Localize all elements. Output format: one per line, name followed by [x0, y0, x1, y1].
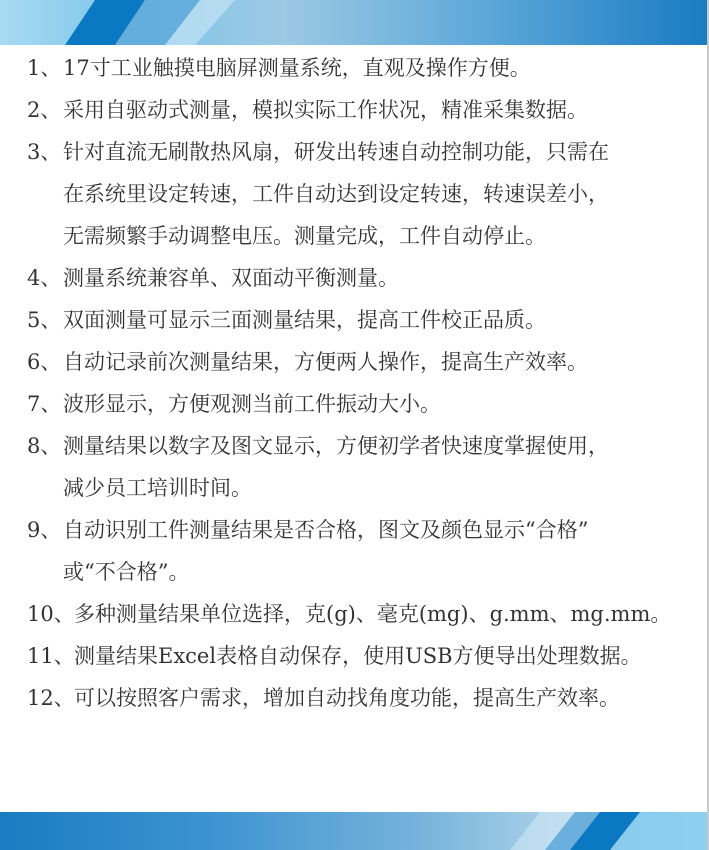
item-text: 双面测量可显示三面测量结果，提高工件校正品质。: [63, 299, 546, 341]
feature-item: 11、 测量结果Excel表格自动保存，使用USB方便导出处理数据。: [0, 635, 700, 677]
item-text: 测量结果Excel表格自动保存，使用USB方便导出处理数据。: [74, 635, 642, 677]
item-text: 波形显示，方便观测当前工件振动大小。: [63, 383, 441, 425]
item-text: 减少员工培训时间。: [63, 467, 252, 509]
item-text: 测量结果以数字及图文显示，方便初学者快速度掌握使用，: [63, 425, 609, 467]
item-text: 采用自驱动式测量，模拟实际工作状况，精准采集数据。: [63, 89, 588, 131]
feature-list: 1、 17寸工业触摸电脑屏测量系统，直观及操作方便。 2、 采用自驱动式测量，模…: [0, 47, 700, 719]
item-number: 6、: [27, 341, 61, 383]
item-text: 测量系统兼容单、双面动平衡测量。: [63, 257, 399, 299]
feature-item: 5、 双面测量可显示三面测量结果，提高工件校正品质。: [0, 299, 700, 341]
feature-item: 4、 测量系统兼容单、双面动平衡测量。: [0, 257, 700, 299]
diagonal-stripes-graphic: [0, 812, 707, 850]
feature-item: 12、 可以按照客户需求，增加自动找角度功能，提高生产效率。: [0, 677, 700, 719]
item-number: 11、: [27, 635, 75, 677]
feature-item: 10、 多种测量结果单位选择，克(g)、毫克(mg)、g.mm、mg.mm。: [0, 593, 700, 635]
item-number: 1、: [27, 47, 61, 89]
item-number: 9、: [27, 509, 61, 551]
item-text: 在系统里设定转速，工件自动达到设定转速，转速误差小，: [63, 173, 609, 215]
feature-item: 6、 自动记录前次测量结果，方便两人操作，提高生产效率。: [0, 341, 700, 383]
item-number: 10、: [27, 593, 75, 635]
item-number: 12、: [27, 677, 75, 719]
item-number: 3、: [27, 131, 61, 173]
item-number: 4、: [27, 257, 61, 299]
item-text: 无需频繁手动调整电压。测量完成，工件自动停止。: [63, 215, 546, 257]
item-number: 8、: [27, 425, 61, 467]
feature-item: 2、 采用自驱动式测量，模拟实际工作状况，精准采集数据。: [0, 89, 700, 131]
bottom-decorative-banner: [0, 812, 707, 850]
item-text: 17寸工业触摸电脑屏测量系统，直观及操作方便。: [63, 47, 531, 89]
feature-item: 9、 自动识别工件测量结果是否合格，图文及颜色显示“合格” 或“不合格”。: [0, 509, 700, 593]
top-decorative-banner: [0, 0, 707, 45]
item-text: 自动识别工件测量结果是否合格，图文及颜色显示“合格”: [63, 509, 588, 551]
feature-item: 1、 17寸工业触摸电脑屏测量系统，直观及操作方便。: [0, 47, 700, 89]
diagonal-stripes-graphic: [0, 0, 707, 45]
item-number: 2、: [27, 89, 61, 131]
item-text: 针对直流无刷散热风扇，研发出转速自动控制功能，只需在: [63, 131, 609, 173]
item-number: 5、: [27, 299, 61, 341]
item-text: 可以按照客户需求，增加自动找角度功能，提高生产效率。: [74, 677, 620, 719]
item-number: 7、: [27, 383, 61, 425]
feature-item: 8、 测量结果以数字及图文显示，方便初学者快速度掌握使用， 减少员工培训时间。: [0, 425, 700, 509]
item-text: 自动记录前次测量结果，方便两人操作，提高生产效率。: [63, 341, 588, 383]
feature-item: 7、 波形显示，方便观测当前工件振动大小。: [0, 383, 700, 425]
item-text: 多种测量结果单位选择，克(g)、毫克(mg)、g.mm、mg.mm。: [74, 593, 671, 635]
item-text: 或“不合格”。: [63, 551, 189, 593]
feature-item: 3、 针对直流无刷散热风扇，研发出转速自动控制功能，只需在 在系统里设定转速，工…: [0, 131, 700, 257]
